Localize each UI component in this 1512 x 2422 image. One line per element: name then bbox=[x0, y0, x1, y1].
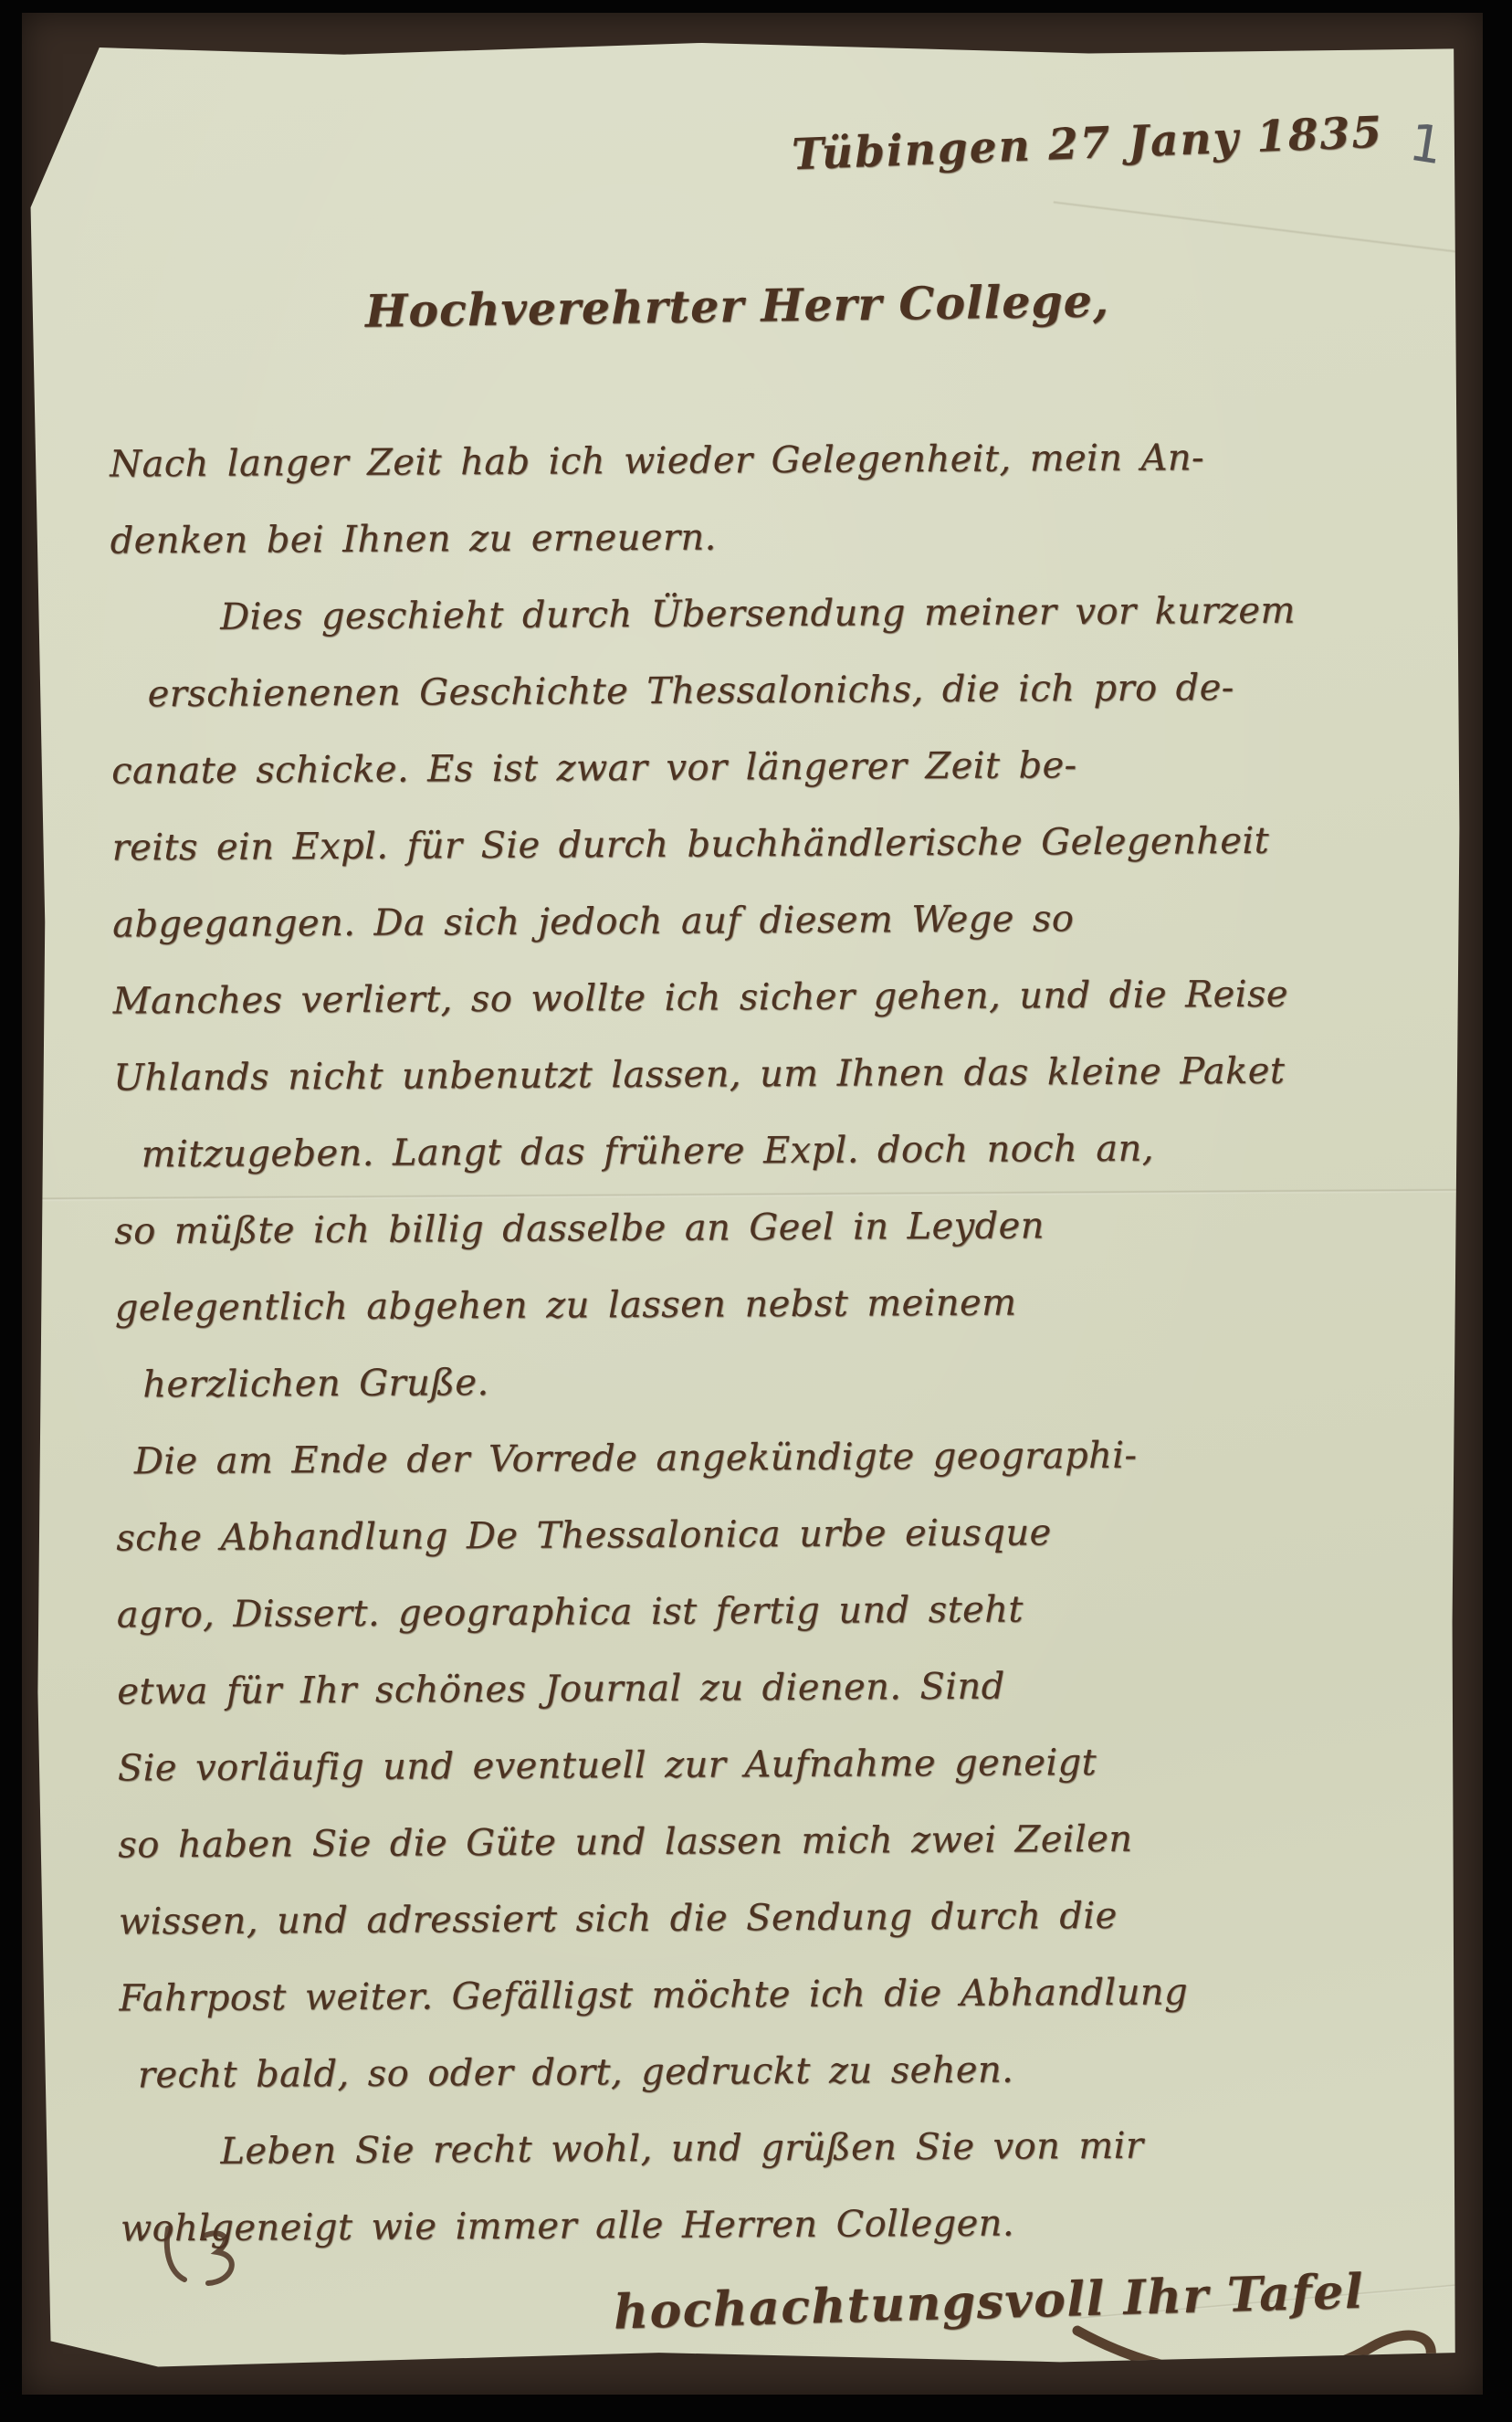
handwriting-line: mitzugeben. Langt das frühere Expl. doch… bbox=[113, 1108, 1469, 1193]
handwriting-line: herzlichen Gruße. bbox=[115, 1338, 1471, 1423]
handwriting-line: wissen, und adressiert sich die Sendung … bbox=[119, 1875, 1475, 1960]
handwriting-line: Uhlands nicht unbenutzt lassen, um Ihnen… bbox=[113, 1031, 1469, 1116]
handwriting-line: denken bei Ihnen zu erneuern. bbox=[110, 494, 1465, 579]
handwriting-line: canate schicke. Es ist zwar vor längerer… bbox=[111, 724, 1467, 809]
handwriting-line: reits ein Expl. für Sie durch buchhändle… bbox=[111, 801, 1467, 886]
handwriting-line: Manches verliert, so wollte ich sicher g… bbox=[112, 954, 1468, 1039]
handwriting-line: abgegangen. Da sich jedoch auf diesem We… bbox=[112, 878, 1468, 963]
dateline: Tübingen 27 Jany 1835 bbox=[791, 108, 1384, 181]
scanned-letter-page: Tübingen 27 Jany 1835 1 Hochverehrter He… bbox=[0, 0, 1512, 2422]
handwriting-line: wohlgeneigt wie immer alle Herren Colleg… bbox=[121, 2182, 1476, 2267]
handwriting-line: Nach langer Zeit hab ich wieder Gelegenh… bbox=[110, 417, 1465, 502]
handwriting-line: agro, Dissert. geographica ist fertig un… bbox=[117, 1568, 1473, 1653]
handwriting-line: Fahrpost weiter. Gefälligst möchte ich d… bbox=[119, 1952, 1475, 2037]
letter-body: Nach langer Zeit hab ich wieder Gelegenh… bbox=[110, 417, 1476, 2267]
handwriting-line: etwa für Ihr schönes Journal zu dienen. … bbox=[117, 1645, 1473, 1730]
handwriting-line: Leben Sie recht wohl, und grüßen Sie von… bbox=[120, 2105, 1475, 2190]
handwriting-line: so haben Sie die Güte und lassen mich zw… bbox=[118, 1798, 1474, 1883]
handwriting-line: recht bald, so oder dort, gedruckt zu se… bbox=[120, 2028, 1475, 2113]
letter-paper: Tübingen 27 Jany 1835 1 Hochverehrter He… bbox=[29, 35, 1461, 2369]
ink-margin-mark bbox=[157, 2216, 257, 2298]
handwriting-line: so müßte ich billig dasselbe an Geel in … bbox=[114, 1185, 1470, 1269]
salutation: Hochverehrter Herr College, bbox=[365, 274, 1110, 337]
handwriting-line: Dies geschieht durch Übersendung meiner … bbox=[110, 571, 1466, 656]
paper-crease bbox=[1054, 200, 1480, 256]
handwriting-line: Die am Ende der Vorrede angekündigte geo… bbox=[116, 1415, 1472, 1500]
handwriting-line: Sie vorläufig und eventuell zur Aufnahme… bbox=[118, 1722, 1474, 1806]
handwriting-line: erschienenen Geschichte Thessalonichs, d… bbox=[110, 648, 1466, 732]
handwriting-line: gelegentlich abgehen zu lassen nebst mei… bbox=[115, 1261, 1471, 1346]
handwriting-line: sche Abhandlung De Thessalonica urbe eiu… bbox=[116, 1491, 1472, 1576]
page-number-annotation: 1 bbox=[1405, 113, 1446, 177]
